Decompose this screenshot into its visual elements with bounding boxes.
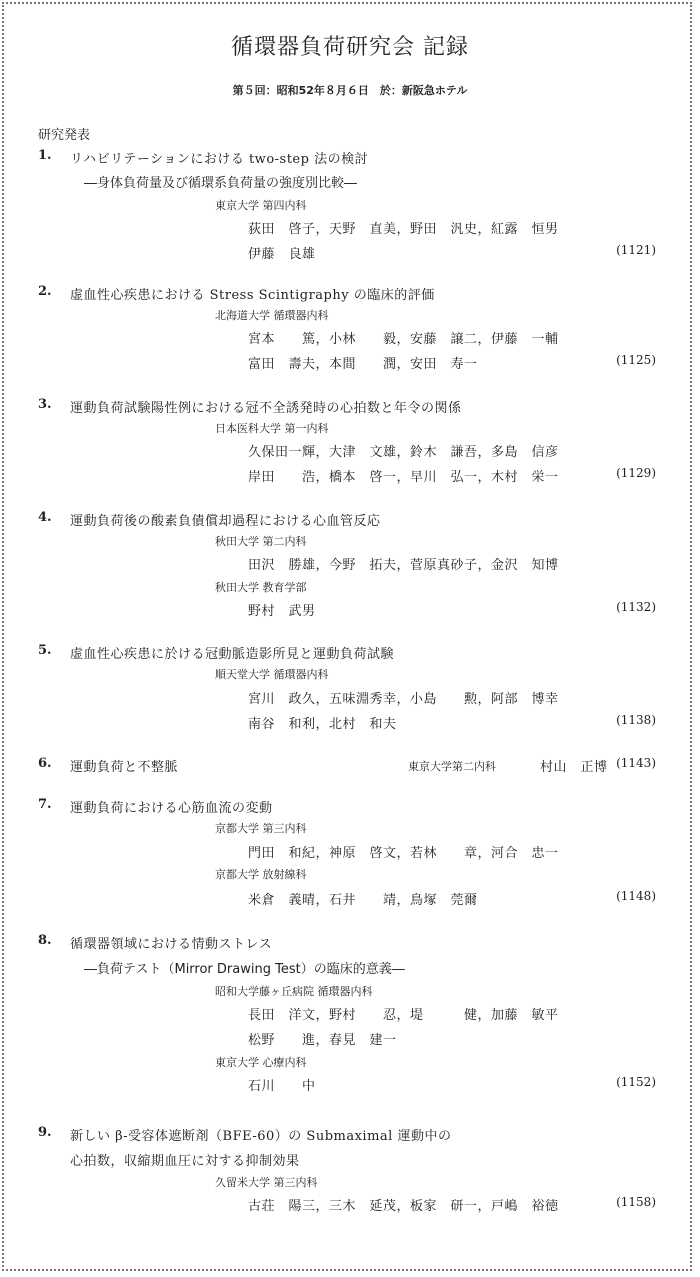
item-affiliation-2: 秋田大学 教育学部 [215, 579, 307, 595]
item-title: 運動負荷後の酸素負債償却過程における心血管反応 [70, 510, 381, 529]
item-number: 2. [38, 284, 52, 299]
item-authors: 田沢 勝雄，今野 拓夫，菅原真砂子，金沢 知博 [248, 554, 559, 573]
item-subtitle: ―身体負荷量及び循環系負荷量の強度別比較― [84, 172, 357, 191]
item-authors: 門田 和紀，神原 啓文，若林 章，河合 忠一 [248, 842, 559, 861]
item-title: 運動負荷と不整脈 [70, 756, 178, 775]
item-authors: 村山 正博 [540, 756, 608, 775]
item-page: (1121) [616, 243, 656, 257]
item-affiliation: 順天堂大学 循環器内科 [215, 666, 329, 682]
item-authors: 岸田 浩，橋本 啓一，早川 弘一，木村 栄一 [248, 466, 559, 485]
item-title-continued: 心拍数，収縮期血圧に対する抑制効果 [70, 1150, 300, 1169]
item-authors: 南谷 和利，北村 和夫 [248, 713, 397, 732]
item-authors: 宮本 篤，小林 毅，安藤 譲二，伊藤 一輔 [248, 328, 559, 347]
item-authors: 松野 進，春見 建一 [248, 1029, 397, 1048]
item-authors: 古荘 陽三，三木 延茂，板家 研一，戸嶋 裕徳 [248, 1195, 559, 1214]
page-title: 循環器負荷研究会 記録 [0, 30, 700, 61]
item-title: リハビリテーションにおける two-step 法の検討 [70, 148, 368, 167]
item-affiliation: 日本医科大学 第一内科 [215, 420, 329, 436]
item-page: (1148) [616, 889, 656, 903]
item-authors: 富田 壽夫，本間 潤，安田 寿一 [248, 353, 478, 372]
item-affiliation-2: 東京大学 心療内科 [215, 1054, 307, 1070]
item-authors-2: 米倉 義晴，石井 靖，鳥塚 莞爾 [248, 889, 478, 908]
item-page: (1125) [616, 353, 656, 367]
item-page: (1129) [616, 466, 656, 480]
item-page: (1138) [616, 713, 656, 727]
page-border [2, 2, 692, 1271]
item-number: 6. [38, 756, 52, 771]
item-authors: 久保田一輝，大津 文雄，鈴木 謙吾，多島 信彦 [248, 441, 559, 460]
section-heading: 研究発表 [38, 124, 90, 143]
item-title: 運動負荷試験陽性例における冠不全誘発時の心拍数と年令の関係 [70, 397, 462, 416]
item-authors: 伊藤 良雄 [248, 243, 316, 262]
item-authors: 宮川 政久，五味淵秀幸，小島 勲，阿部 博幸 [248, 688, 559, 707]
item-number: 4. [38, 510, 52, 525]
item-affiliation: 京都大学 第三内科 [215, 820, 307, 836]
item-title: 循環器領域における情動ストレス [70, 933, 272, 952]
item-title: 虚血性心疾患における Stress Scintigraphy の臨床的評価 [70, 284, 435, 303]
item-authors-2: 石川 中 [248, 1075, 316, 1094]
item-page: (1152) [616, 1075, 656, 1089]
item-affiliation: 東京大学第二内科 [408, 758, 496, 774]
item-page: (1158) [616, 1195, 656, 1209]
item-title: 運動負荷における心筋血流の変動 [70, 797, 273, 816]
item-number: 9. [38, 1125, 52, 1140]
item-title: 新しい β-受容体遮断剤（BFE-60）の Submaximal 運動中の [70, 1125, 451, 1144]
item-affiliation: 秋田大学 第二内科 [215, 533, 307, 549]
item-page: (1143) [616, 756, 656, 770]
item-page: (1132) [616, 600, 656, 614]
item-affiliation: 北海道大学 循環器内科 [215, 307, 329, 323]
item-authors-2: 野村 武男 [248, 600, 316, 619]
item-affiliation-2: 京都大学 放射線科 [215, 866, 307, 882]
item-number: 3. [38, 397, 52, 412]
item-authors: 荻田 啓子，天野 直美，野田 汎史，紅露 恒男 [248, 218, 559, 237]
item-number: 8. [38, 933, 52, 948]
item-affiliation: 久留米大学 第三内科 [215, 1174, 318, 1190]
item-number: 1. [38, 148, 52, 163]
item-affiliation: 昭和大学藤ヶ丘病院 循環器内科 [215, 983, 373, 999]
item-number: 5. [38, 643, 52, 658]
meeting-info: 第５回：昭和52年８月６日 於：新阪急ホテル [0, 82, 700, 98]
item-title: 虚血性心疾患に於ける冠動脈造影所見と運動負荷試験 [70, 643, 394, 662]
item-number: 7. [38, 797, 52, 812]
item-affiliation: 東京大学 第四内科 [215, 197, 307, 213]
item-subtitle: ―負荷テスト（Mirror Drawing Test）の臨床的意義― [84, 958, 405, 977]
item-authors: 長田 洋文，野村 忍，堤 健，加藤 敏平 [248, 1004, 559, 1023]
